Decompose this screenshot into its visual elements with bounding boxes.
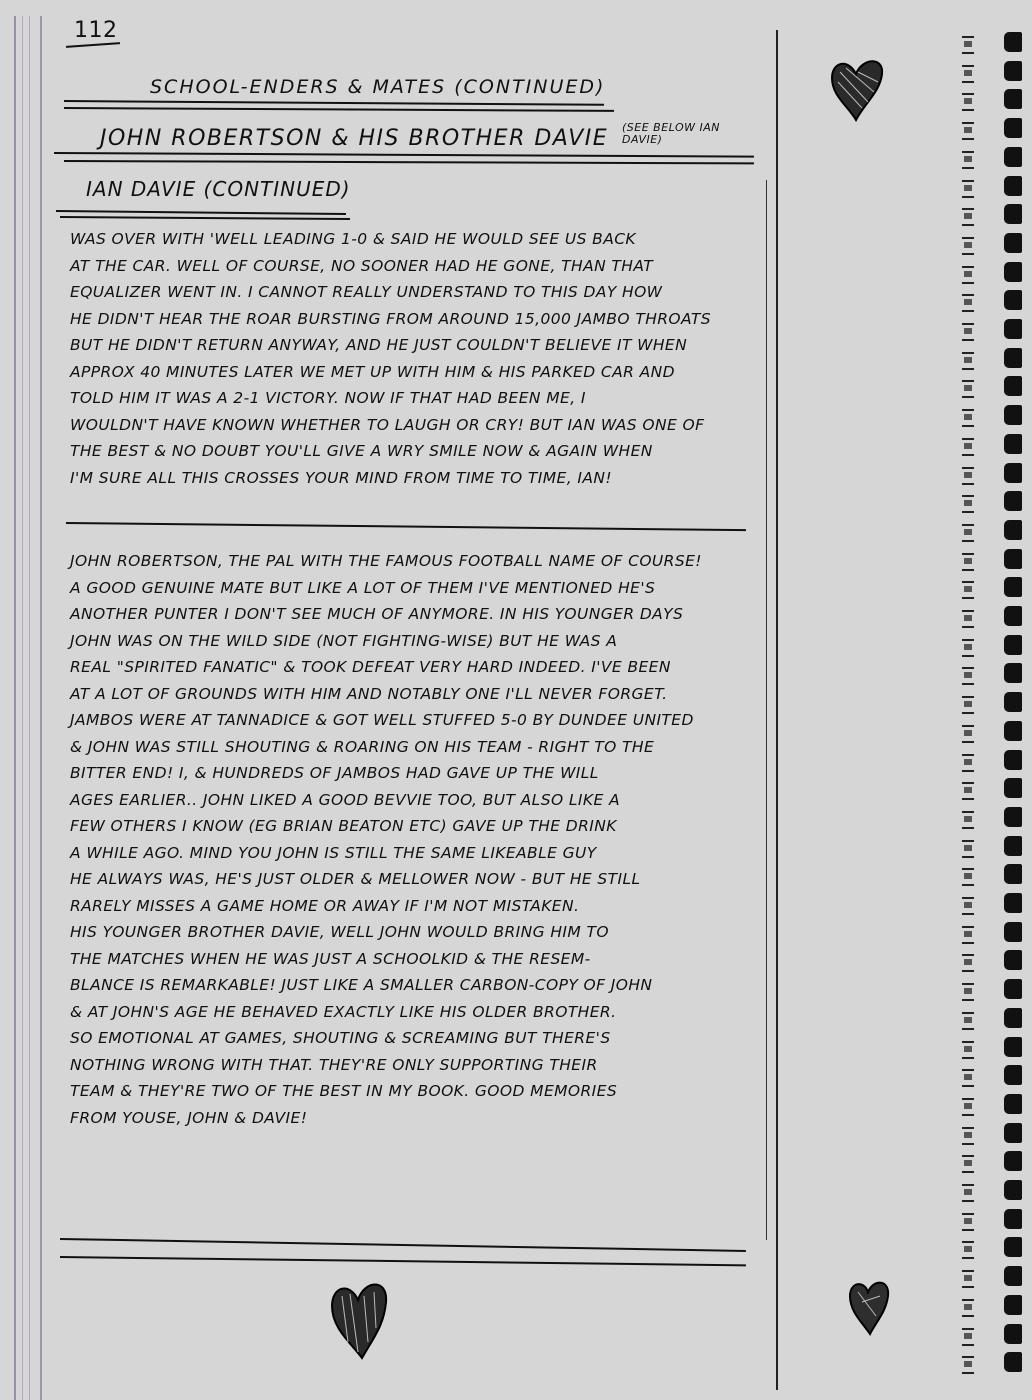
wire-coil-icon — [1004, 319, 1022, 339]
binding-hole-icon — [962, 754, 974, 772]
binding-hole-icon — [962, 725, 974, 743]
wire-coil-icon — [1004, 750, 1022, 770]
wire-coil-icon — [1004, 1151, 1022, 1171]
binding-hole-icon — [962, 840, 974, 858]
spiral-ring-icon — [960, 145, 1032, 173]
binding-hole-icon — [962, 1098, 974, 1116]
spiral-ring-icon — [960, 461, 1032, 489]
text-line: at a lot of grounds with him and notably… — [70, 681, 760, 708]
spiral-ring-icon — [960, 1350, 1032, 1378]
spiral-ring-icon — [960, 633, 1032, 661]
wire-coil-icon — [1004, 864, 1022, 884]
wire-coil-icon — [1004, 549, 1022, 569]
spiral-ring-icon — [960, 1264, 1032, 1292]
spiral-ring-icon — [960, 317, 1032, 345]
wire-coil-icon — [1004, 434, 1022, 454]
text-line: the best & no doubt you'll give a wry sm… — [70, 438, 760, 465]
binding-hole-icon — [962, 294, 974, 312]
continued-title-rule — [56, 210, 346, 215]
spiral-ring-icon — [960, 977, 1032, 1005]
paragraph-ian-davie: Was over with 'Well leading 1-0 & said h… — [70, 226, 760, 491]
closing-rule-2 — [60, 1256, 746, 1266]
binding-hole-icon — [962, 1299, 974, 1317]
wire-coil-icon — [1004, 893, 1022, 913]
wire-coil-icon — [1004, 1266, 1022, 1286]
binding-hole-icon — [962, 954, 974, 972]
text-line: bitter end! I, & hundreds of Jambos had … — [70, 760, 760, 787]
text-line: the matches when he was just a schoolkid… — [70, 946, 760, 973]
wire-coil-icon — [1004, 376, 1022, 396]
binding-hole-icon — [962, 581, 974, 599]
text-line: & at John's age he behaved exactly like … — [70, 999, 760, 1026]
spiral-ring-icon — [960, 374, 1032, 402]
binding-hole-icon — [962, 180, 974, 198]
wire-coil-icon — [1004, 262, 1022, 282]
binding-hole-icon — [962, 639, 974, 657]
wire-coil-icon — [1004, 176, 1022, 196]
binding-hole-icon — [962, 237, 974, 255]
text-line: John was on the wild side (not fighting-… — [70, 628, 760, 655]
spiral-ring-icon — [960, 260, 1032, 288]
binding-hole-icon — [962, 495, 974, 513]
binding-hole-icon — [962, 1155, 974, 1173]
spiral-ring-icon — [960, 1121, 1032, 1149]
wire-coil-icon — [1004, 1237, 1022, 1257]
spiral-ring-icon — [960, 1322, 1032, 1350]
binding-hole-icon — [962, 1184, 974, 1202]
binding-hole-icon — [962, 1127, 974, 1145]
binding-hole-icon — [962, 667, 974, 685]
text-line: real "spirited fanatic" & took defeat ve… — [70, 654, 760, 681]
wire-coil-icon — [1004, 692, 1022, 712]
spiral-ring-icon — [960, 547, 1032, 575]
spiral-ring-icon — [960, 805, 1032, 833]
spiral-ring-icon — [960, 174, 1032, 202]
text-line: His younger brother Davie, well John wou… — [70, 919, 760, 946]
spiral-ring-icon — [960, 432, 1032, 460]
heart-icon-bottom-center — [328, 1272, 390, 1362]
text-line: So emotional at games, shouting & scream… — [70, 1025, 760, 1052]
wire-coil-icon — [1004, 1295, 1022, 1315]
text-line: rarely misses a game home or away if I'm… — [70, 893, 760, 920]
wire-coil-icon — [1004, 606, 1022, 626]
section-title-rule — [64, 100, 604, 106]
spiral-ring-icon — [960, 920, 1032, 948]
wire-coil-icon — [1004, 1123, 1022, 1143]
wire-coil-icon — [1004, 979, 1022, 999]
binding-hole-icon — [962, 983, 974, 1001]
wire-coil-icon — [1004, 491, 1022, 511]
closing-rule — [60, 1238, 746, 1252]
binding-hole-icon — [962, 610, 974, 628]
binding-hole-icon — [962, 696, 974, 714]
spiral-ring-icon — [960, 1006, 1032, 1034]
subject-title-rule-2 — [64, 160, 754, 164]
spiral-ring-icon — [960, 346, 1032, 374]
wire-coil-icon — [1004, 950, 1022, 970]
spiral-ring-icon — [960, 116, 1032, 144]
text-line: & John was still shouting & roaring on h… — [70, 734, 760, 761]
spiral-ring-icon — [960, 1178, 1032, 1206]
wire-coil-icon — [1004, 290, 1022, 310]
text-line: equalizer went in. I cannot really under… — [70, 279, 760, 306]
wire-coil-icon — [1004, 89, 1022, 109]
spiral-ring-icon — [960, 719, 1032, 747]
section-title: School-Enders & Mates (Continued) — [150, 76, 605, 98]
left-margin-lines — [14, 16, 42, 1400]
wire-coil-icon — [1004, 1352, 1022, 1372]
spiral-binding — [960, 30, 1032, 1400]
binding-hole-icon — [962, 208, 974, 226]
binding-hole-icon — [962, 1069, 974, 1087]
heart-icon-bottom-right — [848, 1276, 892, 1338]
spiral-ring-icon — [960, 1207, 1032, 1235]
binding-hole-icon — [962, 409, 974, 427]
wire-coil-icon — [1004, 635, 1022, 655]
spiral-ring-icon — [960, 87, 1032, 115]
continued-title: Ian Davie (Continued) — [86, 177, 351, 201]
wire-coil-icon — [1004, 1037, 1022, 1057]
spiral-ring-icon — [960, 1149, 1032, 1177]
text-line: team & they're two of the best in my boo… — [70, 1078, 760, 1105]
text-line: John Robertson, the pal with the famous … — [70, 548, 760, 575]
wire-coil-icon — [1004, 1209, 1022, 1229]
binding-hole-icon — [962, 897, 974, 915]
spiral-ring-icon — [960, 59, 1032, 87]
continued-title-rule-2 — [60, 216, 350, 220]
wire-coil-icon — [1004, 118, 1022, 138]
binding-hole-icon — [962, 266, 974, 284]
text-line: blance is remarkable! Just like a smalle… — [70, 972, 760, 999]
wire-coil-icon — [1004, 577, 1022, 597]
wire-coil-icon — [1004, 32, 1022, 52]
binding-hole-icon — [962, 811, 974, 829]
binding-hole-icon — [962, 380, 974, 398]
spiral-ring-icon — [960, 834, 1032, 862]
binding-hole-icon — [962, 151, 974, 169]
binding-hole-icon — [962, 782, 974, 800]
text-line: Jambos were at Tannadice & got well stuf… — [70, 707, 760, 734]
section-title-rule-2 — [64, 107, 614, 112]
text-line: another punter I don't see much of anymo… — [70, 601, 760, 628]
binding-hole-icon — [962, 1270, 974, 1288]
binding-hole-icon — [962, 352, 974, 370]
spiral-ring-icon — [960, 518, 1032, 546]
text-line: nothing wrong with that. They're only su… — [70, 1052, 760, 1079]
spiral-ring-icon — [960, 1235, 1032, 1263]
wire-coil-icon — [1004, 204, 1022, 224]
spiral-ring-icon — [960, 231, 1032, 259]
text-line: but he didn't return anyway, and he just… — [70, 332, 760, 359]
wire-coil-icon — [1004, 1180, 1022, 1200]
binding-hole-icon — [962, 868, 974, 886]
wire-coil-icon — [1004, 721, 1022, 741]
text-line: A good genuine mate but like a lot of th… — [70, 575, 760, 602]
heart-icon-top-right — [828, 52, 888, 124]
text-line: he didn't hear the roar bursting from ar… — [70, 306, 760, 333]
paragraph-john-robertson: John Robertson, the pal with the famous … — [70, 548, 760, 1131]
text-line: from youse, John & Davie! — [70, 1105, 760, 1132]
wire-coil-icon — [1004, 807, 1022, 827]
page-number: 112 — [74, 18, 118, 43]
wire-coil-icon — [1004, 463, 1022, 483]
text-line: a while ago. Mind you John is still the … — [70, 840, 760, 867]
text-line: wouldn't have known whether to laugh or … — [70, 412, 760, 439]
binding-hole-icon — [962, 926, 974, 944]
wire-coil-icon — [1004, 405, 1022, 425]
wire-coil-icon — [1004, 836, 1022, 856]
text-line: Was over with 'Well leading 1-0 & said h… — [70, 226, 760, 253]
wire-coil-icon — [1004, 520, 1022, 540]
spiral-ring-icon — [960, 1063, 1032, 1091]
spiral-ring-icon — [960, 604, 1032, 632]
text-line: ages earlier.. John liked a good bevvie … — [70, 787, 760, 814]
wire-coil-icon — [1004, 922, 1022, 942]
text-line: at the car. Well of course, no sooner ha… — [70, 253, 760, 280]
subject-note: (See Below Ian Davie) — [622, 122, 742, 146]
wire-coil-icon — [1004, 147, 1022, 167]
binding-hole-icon — [962, 524, 974, 542]
binding-hole-icon — [962, 323, 974, 341]
wire-coil-icon — [1004, 233, 1022, 253]
binding-hole-icon — [962, 1213, 974, 1231]
inner-margin-line — [766, 180, 767, 1240]
wire-coil-icon — [1004, 663, 1022, 683]
binding-hole-icon — [962, 1041, 974, 1059]
text-line: few others I know (eg Brian Beaton etc) … — [70, 813, 760, 840]
text-line: he always was, he's just older & mellowe… — [70, 866, 760, 893]
binding-hole-icon — [962, 553, 974, 571]
spiral-ring-icon — [960, 690, 1032, 718]
spiral-ring-icon — [960, 489, 1032, 517]
section-divider — [66, 522, 746, 531]
subject-title: John Robertson & His Brother Davie — [100, 126, 608, 151]
text-line: I'm sure all this crosses your mind from… — [70, 465, 760, 492]
wire-coil-icon — [1004, 778, 1022, 798]
text-line: told him it was a 2-1 victory. Now if th… — [70, 385, 760, 412]
wire-coil-icon — [1004, 1324, 1022, 1344]
spiral-ring-icon — [960, 948, 1032, 976]
wire-coil-icon — [1004, 1094, 1022, 1114]
spiral-ring-icon — [960, 1092, 1032, 1120]
spiral-ring-icon — [960, 202, 1032, 230]
right-margin-line — [776, 30, 778, 1390]
spiral-ring-icon — [960, 891, 1032, 919]
binding-hole-icon — [962, 93, 974, 111]
binding-hole-icon — [962, 1241, 974, 1259]
text-line: approx 40 minutes later we met up with h… — [70, 359, 760, 386]
spiral-ring-icon — [960, 776, 1032, 804]
spiral-ring-icon — [960, 748, 1032, 776]
wire-coil-icon — [1004, 1008, 1022, 1028]
subject-title-rule — [54, 152, 754, 158]
spiral-ring-icon — [960, 403, 1032, 431]
binding-hole-icon — [962, 438, 974, 456]
spiral-ring-icon — [960, 1035, 1032, 1063]
binding-hole-icon — [962, 1012, 974, 1030]
binding-hole-icon — [962, 36, 974, 54]
spiral-ring-icon — [960, 30, 1032, 58]
spiral-ring-icon — [960, 661, 1032, 689]
spiral-ring-icon — [960, 575, 1032, 603]
wire-coil-icon — [1004, 61, 1022, 81]
notebook-page: 112 School-Enders & Mates (Continued) Jo… — [0, 0, 1032, 1400]
binding-hole-icon — [962, 1356, 974, 1374]
wire-coil-icon — [1004, 348, 1022, 368]
spiral-ring-icon — [960, 1293, 1032, 1321]
binding-hole-icon — [962, 1328, 974, 1346]
spiral-ring-icon — [960, 862, 1032, 890]
binding-hole-icon — [962, 122, 974, 140]
binding-hole-icon — [962, 65, 974, 83]
wire-coil-icon — [1004, 1065, 1022, 1085]
spiral-ring-icon — [960, 288, 1032, 316]
binding-hole-icon — [962, 467, 974, 485]
